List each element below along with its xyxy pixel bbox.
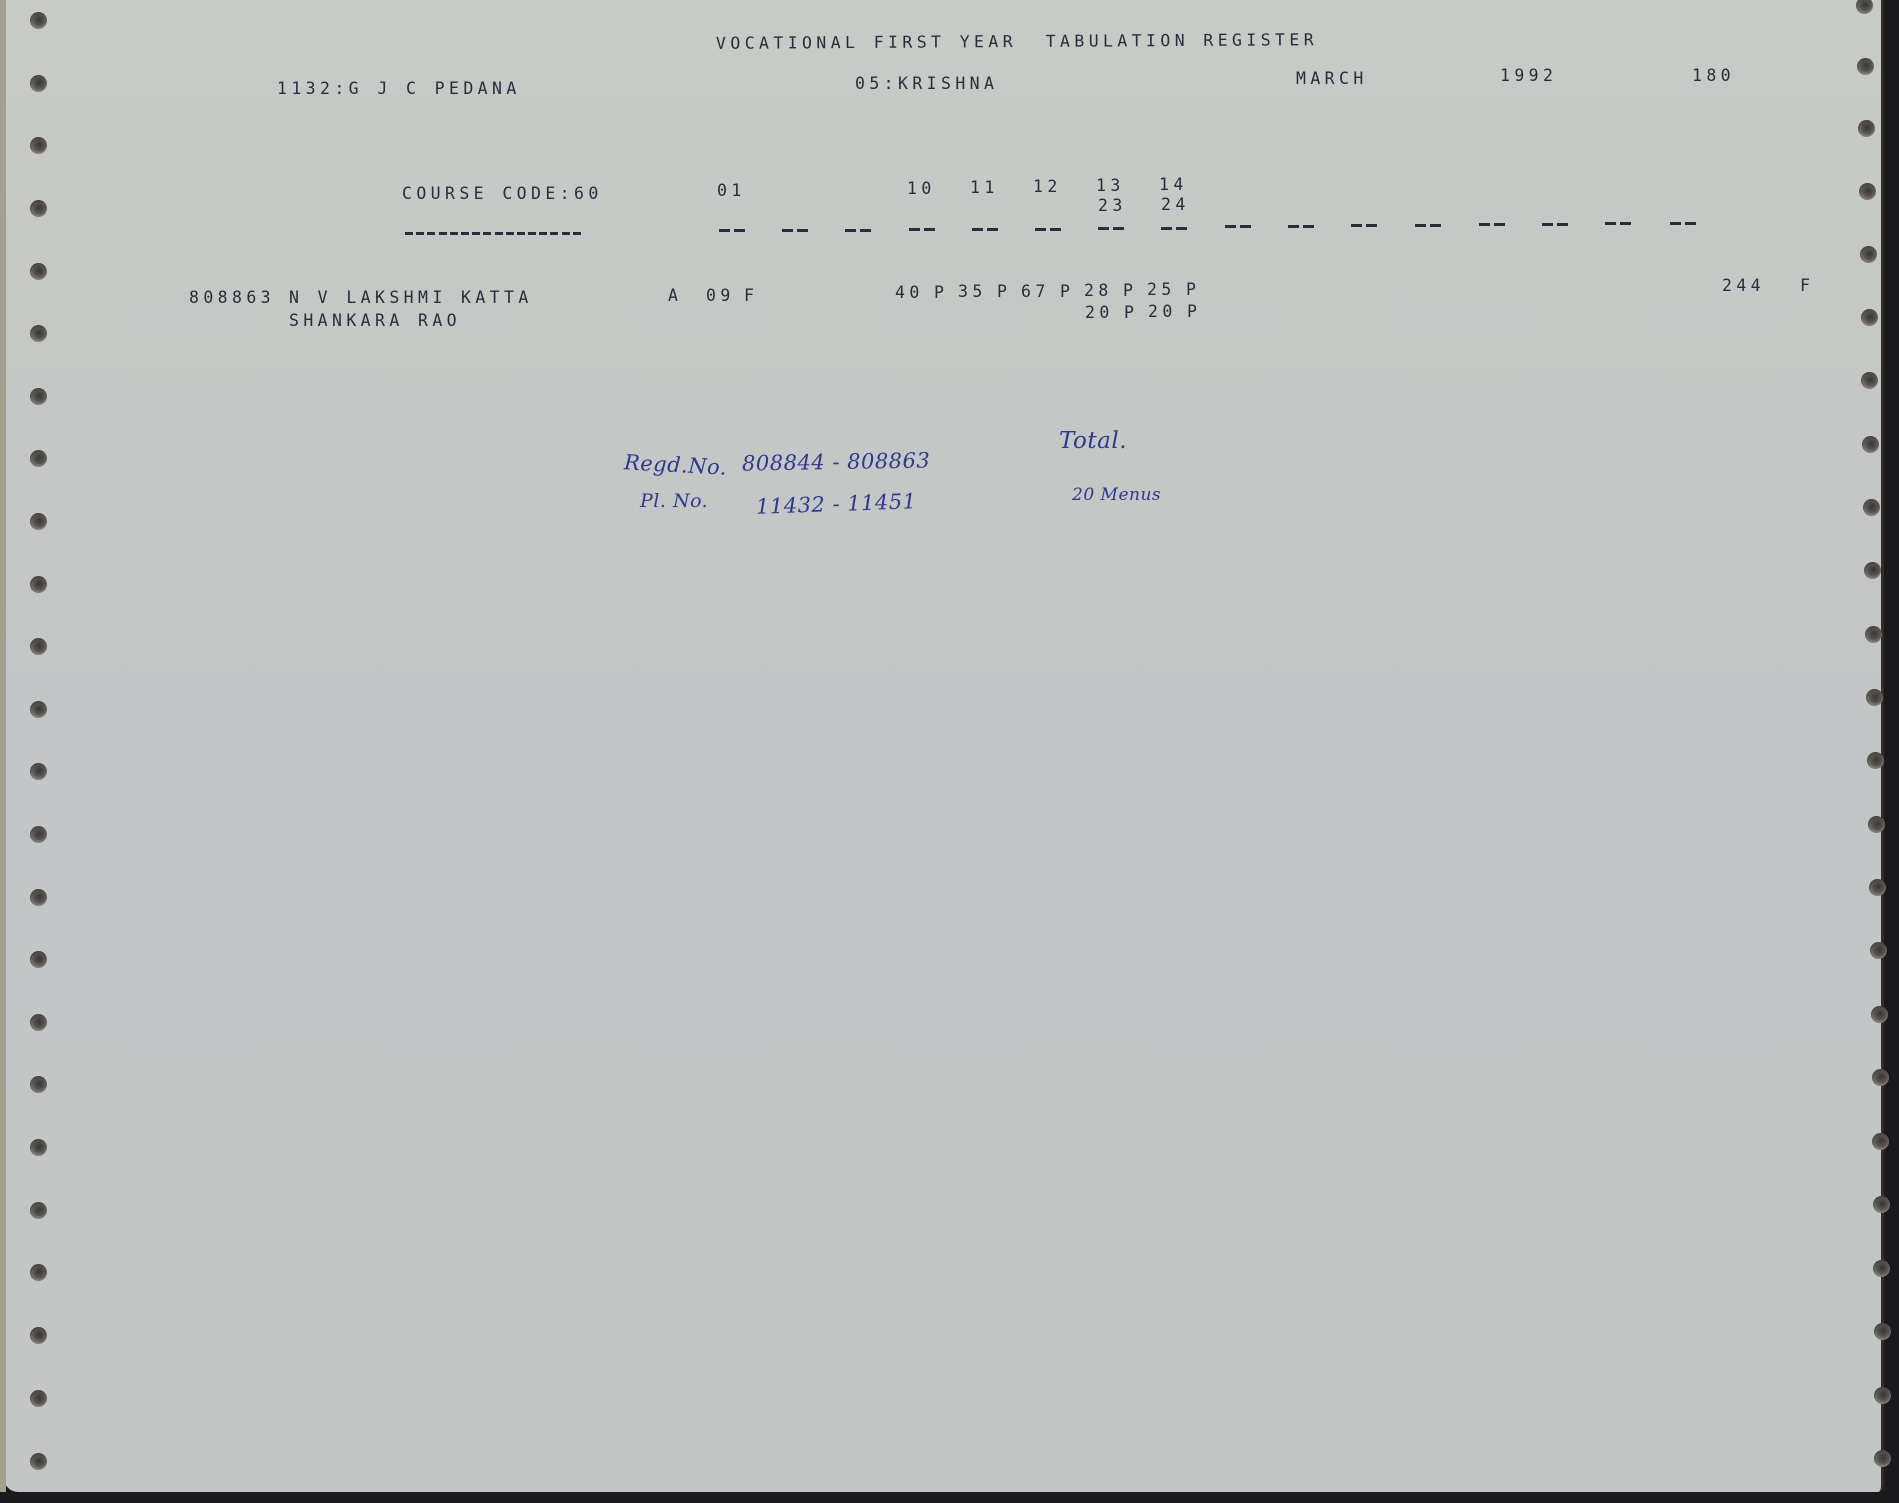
column-dash [719,229,745,232]
sprocket-hole-icon [30,1390,47,1407]
column-dash [972,228,998,231]
column-dash [782,229,808,232]
column-dash [1542,223,1568,226]
handwritten-regd-range: 808844 - 808863 [742,450,931,474]
result-subject-12: P [1060,284,1074,301]
subject-code-13: 13 [1096,178,1125,195]
sprocket-hole-icon [30,1453,47,1470]
exam-year: 1992 [1500,68,1557,85]
mark-subject-24: 20 [1148,304,1177,321]
final-result: F [1800,278,1814,295]
sprocket-hole-icon [30,951,47,968]
exam-month: MARCH [1296,71,1368,88]
subject-code-12: 12 [1033,179,1062,196]
mark-subject-12: 67 [1021,284,1050,301]
sprocket-hole-icon [1874,1387,1891,1404]
sprocket-hole-icon [30,388,47,405]
status-a: A [668,288,682,305]
sprocket-hole-icon [1873,1260,1890,1277]
sprocket-hole-icon [1859,183,1876,200]
sprocket-hole-icon [1874,1450,1891,1467]
mark-subject-10: 40 [895,285,924,302]
handwritten-pl-range: 11432 - 11451 [756,491,917,518]
subject-code-23: 23 [1098,198,1127,215]
district-code-name: 05:KRISHNA [855,76,998,93]
sprocket-hole-icon [30,1139,47,1156]
result-subject-10: P [934,285,948,302]
sprocket-hole-icon [30,1076,47,1093]
sprocket-hole-icon [1865,626,1882,643]
student-name-line2: SHANKARA RAO [289,313,461,330]
column-dash [1605,222,1631,225]
sprocket-hole-icon [30,75,47,92]
sprocket-hole-icon [1874,1323,1891,1340]
sprocket-hole-icon [30,1264,47,1281]
sprocket-hole-icon [1872,1133,1889,1150]
sprocket-hole-icon [30,513,47,530]
result-subject-23: P [1124,305,1138,322]
sprocket-hole-icon [30,12,47,29]
sprocket-hole-icon [1870,942,1887,959]
handwritten-total-label: Total. [1059,430,1127,453]
column-dash [1351,224,1377,227]
handwritten-total-value: 20 Menus [1072,487,1161,504]
sprocket-hole-icon [30,638,47,655]
sprocket-hole-icon [30,701,47,718]
subject-code-11: 11 [970,180,999,197]
sprocket-hole-icon [30,263,47,280]
result-subject-11: P [997,284,1011,301]
page-number: 180 [1692,68,1735,85]
mark-subject-23: 20 [1085,305,1114,322]
subject-code-14: 14 [1159,177,1188,194]
sprocket-hole-icon [1866,689,1883,706]
sprocket-hole-icon [30,826,47,843]
sprocket-hole-icon [30,137,47,154]
column-dash [1098,227,1124,230]
subject-code-01: 01 [717,183,746,200]
sprocket-hole-icon [30,450,47,467]
sprocket-hole-icon [1858,120,1875,137]
register-title: VOCATIONAL FIRST YEAR TABULATION REGISTE… [716,32,1318,52]
column-dash [1225,225,1251,228]
sprocket-hole-icon [1861,309,1878,326]
total-marks: 244 [1722,278,1765,295]
sprocket-hole-icon [1864,562,1881,579]
result-subject-13: P [1123,283,1137,300]
student-name-line1: N V LAKSHMI KATTA [289,290,533,307]
column-dash [1288,225,1314,228]
sprocket-hole-icon [1863,499,1880,516]
subject-code-24: 24 [1161,197,1190,214]
sprocket-hole-icon [30,763,47,780]
column-dash [1670,222,1696,225]
sprocket-hole-icon [30,1202,47,1219]
sprocket-hole-icon [1857,58,1874,75]
mark-subject-14: 25 [1147,282,1176,299]
sprocket-hole-icon [1860,246,1877,263]
column-dash [1479,223,1505,226]
sprocket-hole-icon [1869,879,1886,896]
sprocket-hole-icon [1871,1006,1888,1023]
sprocket-hole-icon [30,1327,47,1344]
course-code-underline [405,232,581,235]
sprocket-hole-icon [30,200,47,217]
mark-subject-13: 28 [1084,283,1113,300]
column-dash [1035,228,1061,231]
result-subject-24: P [1187,304,1201,321]
sprocket-hole-icon [30,325,47,342]
sprocket-hole-icon [1867,752,1884,769]
column-dash [1415,224,1441,227]
sprocket-hole-icon [30,576,47,593]
sprocket-hole-icon [1873,1196,1890,1213]
sprocket-hole-icon [1856,0,1873,14]
column-dash [845,229,871,232]
college-code-name: 1132:G J C PEDANA [277,81,521,98]
mark-subject-11: 35 [958,284,987,301]
tabulation-register-sheet: VOCATIONAL FIRST YEAR TABULATION REGISTE… [4,0,1884,1492]
column-dash [909,228,935,231]
result-subject-14: P [1186,282,1200,299]
sprocket-hole-icon [1868,816,1885,833]
handwritten-regd-label: Regd.No. [624,452,728,478]
handwritten-pl-label: Pl. No. [640,492,708,511]
course-code-label: COURSE CODE:60 [402,186,603,203]
sprocket-hole-icon [1872,1069,1889,1086]
sprocket-hole-icon [30,1014,47,1031]
part1-marks: 09 [706,288,735,305]
column-dash [1161,227,1187,230]
subject-code-10: 10 [907,181,936,198]
registration-number: 808863 [189,290,275,307]
sprocket-hole-icon [1862,436,1879,453]
part1-result: F [744,288,758,305]
sprocket-hole-icon [30,889,47,906]
sprocket-hole-icon [1861,372,1878,389]
